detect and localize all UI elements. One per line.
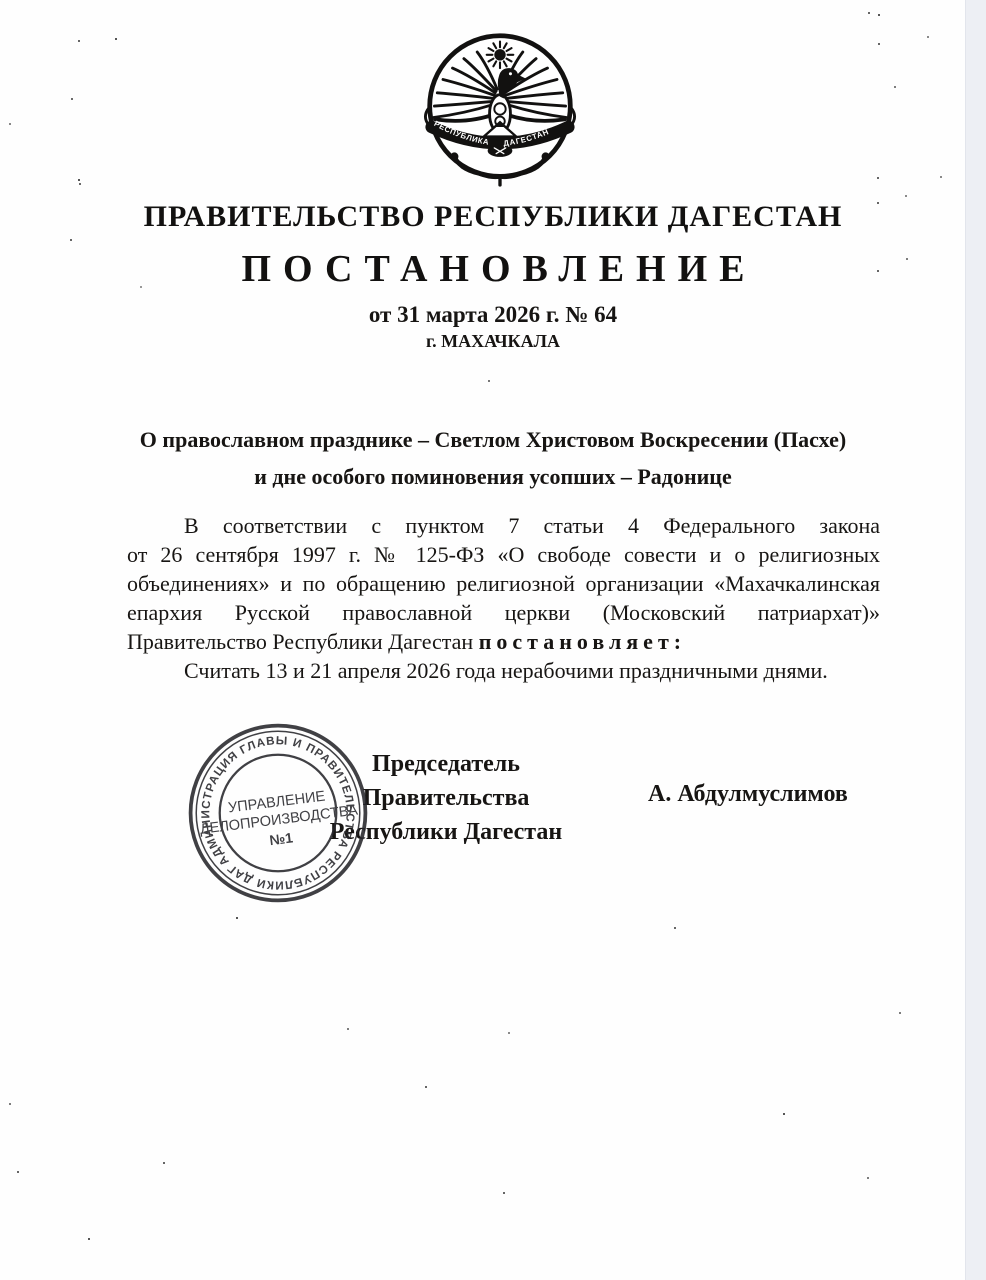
stamp-center-line-3: №1 [269,829,294,848]
scan-edge-strip [965,0,986,1280]
body-line-5: Правительство Республики Дагестан постан… [127,627,880,656]
signer-name: А. Абдулмуслимов [648,781,848,808]
body-line-1: В соответствии с пунктом 7 статьи 4 Феде… [127,511,880,540]
body-line-4: епархия Русской православной церкви (Мос… [127,598,880,627]
office-stamp: АДМИНИСТРАЦИЯ ГЛАВЫ И ПРАВИТЕЛЬСТВА РЕСП… [184,719,372,907]
dagestan-coat-of-arms: РЕСПУБЛИКА ДАГЕСТАН [405,26,595,190]
scanned-decree-page: РЕСПУБЛИКА ДАГЕСТАН ПРАВИТЕЛЬСТВО РЕСПУБ… [0,0,986,1280]
subject-block: О православном празднике – Светлом Христ… [0,421,986,495]
organization-name: ПРАВИТЕЛЬСТВО РЕСПУБЛИКИ ДАГЕСТАН [0,200,986,234]
body-line-2: от 26 сентября 1997 г. № 125-ФЗ «О свобо… [127,540,880,569]
subject-line-2: и дне особого поминовения усопших – Радо… [0,458,986,495]
date-and-number: от 31 марта 2026 г. № 64 [0,302,986,328]
body-line-5-prefix: Правительство Республики Дагестан [127,629,479,654]
city-line: г. МАХАЧКАЛА [0,331,986,352]
document-type-title: ПОСТАНОВЛЕНИЕ [0,247,986,291]
decree-word: постановляет: [479,629,686,654]
decree-body: В соответствии с пунктом 7 статьи 4 Феде… [127,511,880,685]
subject-line-1: О православном празднике – Светлом Христ… [0,421,986,458]
scan-noise [0,0,2,2]
resolution-line: Считать 13 и 21 апреля 2026 года нерабоч… [127,656,880,685]
body-line-3: объединениях» и по обращению религиозной… [127,569,880,598]
